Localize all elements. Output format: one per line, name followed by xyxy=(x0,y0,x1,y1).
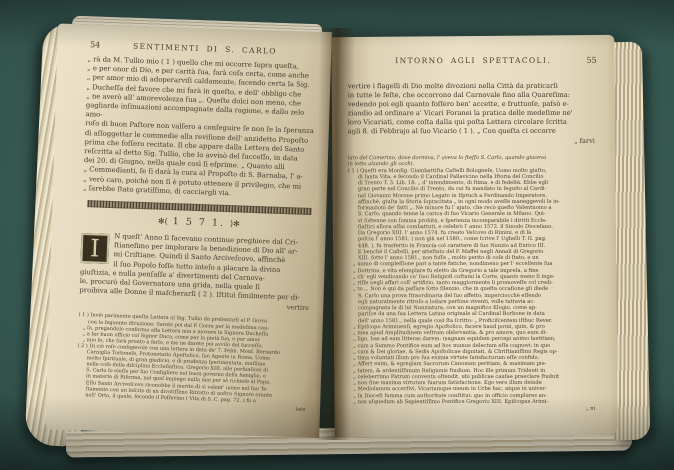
ornament-divider xyxy=(87,200,312,215)
running-title-right: INTORNO AGLI SPETTACOLI. xyxy=(348,56,599,65)
page-55: INTORNO AGLI SPETTACOLI. 55 vertire i fl… xyxy=(331,35,617,437)
photo-background: 54 SENTIMENTI DI S. CARLO „ rà da M. Tul… xyxy=(0,0,674,470)
open-book: 54 SENTIMENTI DI S. CARLO „ rà da M. Tul… xyxy=(0,0,674,470)
page-number-55: 55 xyxy=(586,56,596,65)
footnotes-right: ( 1 ) Queſti era Monſig. Giambattiſta Ca… xyxy=(348,167,599,405)
running-title-left: SENTIMENTI DI S. CARLO xyxy=(88,40,322,57)
footnotes-left: ( 1 ) Inviò parimente queſta Lettera al … xyxy=(76,312,313,405)
catchword-right-bottom: „ ni xyxy=(348,406,599,412)
fleuron-right-icon: )✻ xyxy=(230,219,240,228)
quoted-letter-paragraph: „ rà da M. Tullio mio ( 1 ) quello che m… xyxy=(86,55,321,109)
catchword-right-body: „ farvi xyxy=(348,137,599,145)
page-number-54: 54 xyxy=(90,40,100,49)
page-54: 54 SENTIMENTI DI S. CARLO „ rà da M. Tul… xyxy=(45,24,332,438)
gutter-shadow xyxy=(315,28,355,440)
opening-paragraph: I N queſt' Anno ſi facevano continue pre… xyxy=(79,231,315,304)
body-paragraph-right: vertire i flagelli di Dio molte divozion… xyxy=(348,82,599,136)
year-text: 1 5 7 1. xyxy=(168,216,231,229)
page-55-content: INTORNO AGLI SPETTACOLI. 55 vertire i fl… xyxy=(348,56,600,412)
drop-cap-initial: I xyxy=(80,233,109,264)
opening-paragraph-text: N queſt' Anno ſi facevano continue pregh… xyxy=(79,231,315,304)
fleuron-left-icon: ✻( xyxy=(158,217,168,226)
body-paragraph-left: gagliarde inſinuazioni accompagnate dall… xyxy=(83,101,320,201)
running-header-right: INTORNO AGLI SPETTACOLI. 55 xyxy=(348,56,599,67)
page-54-content: 54 SENTIMENTI DI S. CARLO „ rà da M. Tul… xyxy=(75,40,322,413)
year-heading-1571: ✻( 1 5 7 1. )✻ xyxy=(82,213,316,232)
footnote-continuation: lato del Camerino, dove dormiva, l' avev… xyxy=(348,155,599,168)
